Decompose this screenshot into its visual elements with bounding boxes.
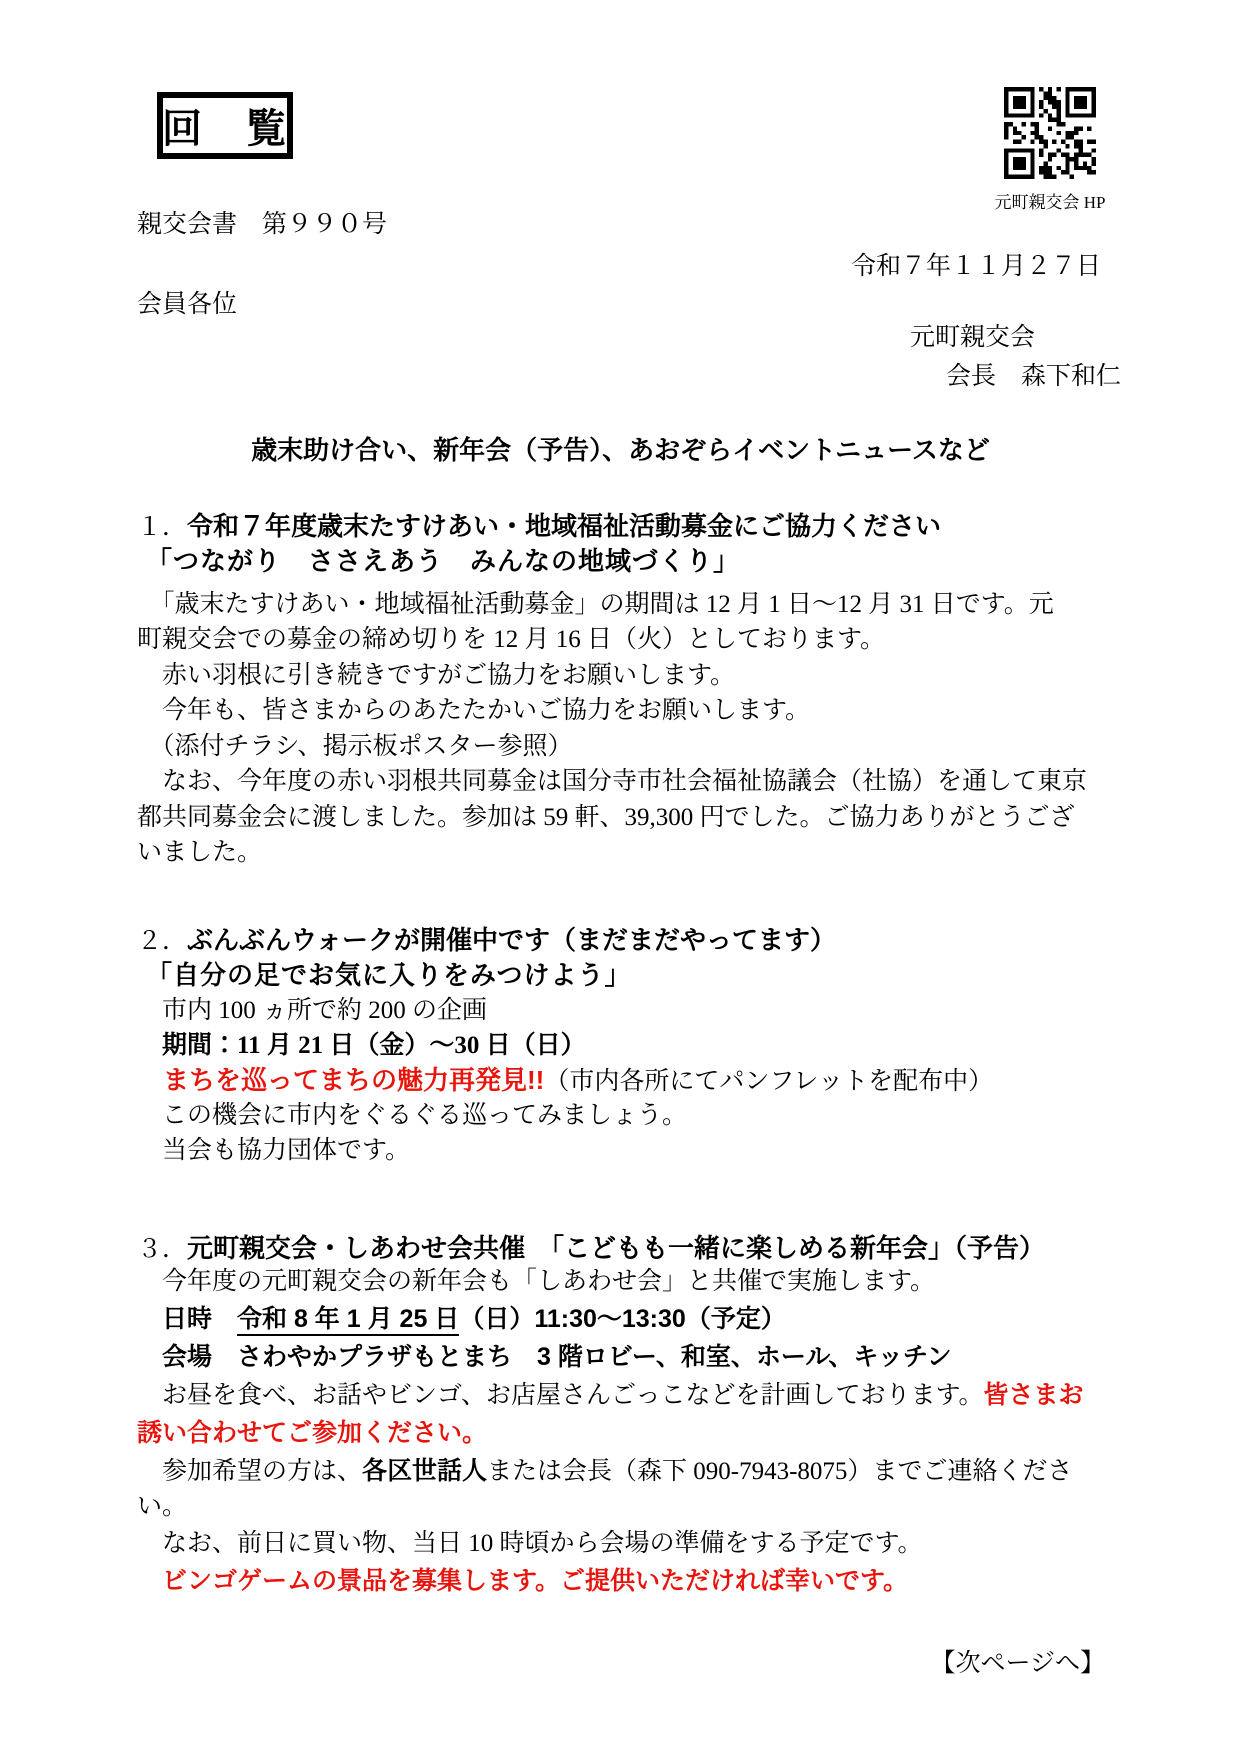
- datetime-rest: （日）11:30～13:30（予定）: [459, 1305, 786, 1333]
- datetime-label: 日時: [137, 1305, 237, 1333]
- section1-line: なお、今年度の赤い羽根共同募金は国分寺市社会福祉協議会（社協）を通して東京: [137, 761, 1087, 797]
- section1-line: いました。: [137, 832, 262, 868]
- doc-number: 親交会書 第９９０号: [137, 204, 387, 240]
- issue-date: 令和７年１１月２７日: [851, 246, 1101, 282]
- datetime-date: 令和 8 年 1 月 25 日: [237, 1305, 459, 1336]
- section1-heading: １．令和７年度歳末たすけあい・地域福祉活動募金にご協力ください: [137, 506, 941, 543]
- contact-wrap: い。: [137, 1486, 187, 1522]
- bingo-red: ビンゴゲームの景品を募集します。ご提供いただければ幸いです。: [137, 1561, 908, 1597]
- section3-datetime: 日時 令和 8 年 1 月 25 日（日）11:30～13:30（予定）: [137, 1299, 786, 1335]
- org-name: 元町親交会: [910, 317, 1035, 353]
- section2-sites: 市内 100 ヵ所で約 200 の企画: [137, 990, 487, 1026]
- section2-number: ２．: [137, 928, 187, 955]
- section2-member: 当会も協力団体です。: [137, 1130, 410, 1166]
- plan-text: お昼を食べ、お話やビンゴ、お店屋さんごっこなどを計画しております。: [137, 1382, 984, 1409]
- chairman-name: 会長 森下和仁: [946, 356, 1121, 392]
- section3-heading: ３．元町親交会・しあわせ会共催 「こどもも一緒に楽しめる新年会」（予告）: [137, 1228, 1045, 1265]
- section1-line: （添付チラシ、掲示板ポスター参照）: [137, 726, 573, 762]
- section1-number: １．: [137, 514, 187, 541]
- section3-contact: 参加希望の方は、各区世話人または会長（森下 090-7943-8075）までご連…: [137, 1451, 1072, 1487]
- section3-heading-text: 元町親交会・しあわせ会共催 「こどもも一緒に楽しめる新年会」（予告）: [187, 1233, 1045, 1263]
- section3-intro: 今年度の元町親交会の新年会も「しあわせ会」と共催で実施します。: [137, 1261, 935, 1297]
- section2-heading-text: ぶんぶんウォークが開催中です（まだまだやってます）: [187, 925, 836, 955]
- section3-number: ３．: [137, 1236, 187, 1263]
- subject-title: 歳末助け合い、新年会（予告）、あおぞらイベントニュースなど: [0, 430, 1241, 467]
- next-page-note: 【次ページへ】: [930, 1643, 1105, 1679]
- section1-heading-text: 令和７年度歳末たすけあい・地域福祉活動募金にご協力ください: [187, 511, 941, 541]
- circular-page: 回 覧 親交会書 第９９０号 元町親交会 HP 令和７年１１月２７日 会員各位 …: [0, 0, 1241, 1755]
- contact-pre: 参加希望の方は、: [137, 1458, 362, 1485]
- section2-heading: ２．ぶんぶんウォークが開催中です（まだまだやってます）: [137, 920, 836, 957]
- contact-bold: 各区世話人: [362, 1457, 487, 1485]
- section2-catch-line: まちを巡ってまちの魅力再発見!!（市内各所にてパンフレットを配布中）: [137, 1060, 993, 1097]
- section1-line: 都共同募金会に渡しました。参加は 59 軒、39,300 円でした。ご協力ありが…: [137, 797, 1075, 833]
- kairan-label: 回 覧: [162, 97, 288, 154]
- qr-caption: 元町親交会 HP: [958, 188, 1142, 213]
- section1-line: 今年も、皆さまからのあたたかいご協力をお願いします。: [137, 690, 810, 726]
- section3-venue: 会場 さわやかプラザもとまち 3 階ロビー、和室、ホール、キッチン: [137, 1337, 952, 1373]
- recipient: 会員各位: [137, 284, 237, 320]
- section3-plan: お昼を食べ、お話やビンゴ、お店屋さんごっこなどを計画しております。皆さまお: [137, 1375, 1084, 1411]
- contact-rest: または会長（森下 090-7943-8075）までご連絡くださ: [487, 1458, 1072, 1485]
- section1-line: 「歳末たすけあい・地域福祉活動募金」の期間は 12 月 1 日～12 月 31 …: [137, 584, 1054, 620]
- section3-prep: なお、前日に買い物、当日 10 時頃から会場の準備をする予定です。: [137, 1523, 923, 1559]
- section2-period: 期間：11 月 21 日（金）～30 日（日）: [137, 1025, 586, 1061]
- section2-catch-note: （市内各所にてパンフレットを配布中）: [544, 1068, 993, 1095]
- section2-explore: この機会に市内をぐるぐる巡ってみましょう。: [137, 1095, 687, 1131]
- kairan-stamp: 回 覧: [157, 92, 293, 159]
- section1-line: 町親交会での募金の締め切りを 12 月 16 日（火）としております。: [137, 619, 885, 655]
- plan-red-tail: 皆さまお: [984, 1381, 1084, 1409]
- section1-line: 赤い羽根に引き続きですがご協力をお願いします。: [137, 655, 735, 691]
- section2-catch-red: まちを巡ってまちの魅力再発見!!: [137, 1065, 544, 1095]
- invite-red: 誘い合わせてご参加ください。: [137, 1413, 487, 1449]
- section1-slogan: 「つながり ささえあう みんなの地域づくり」: [146, 541, 740, 578]
- section2-slogan: 「自分の足でお気に入りをみつけよう」: [146, 955, 631, 992]
- qr-code: [1004, 87, 1096, 179]
